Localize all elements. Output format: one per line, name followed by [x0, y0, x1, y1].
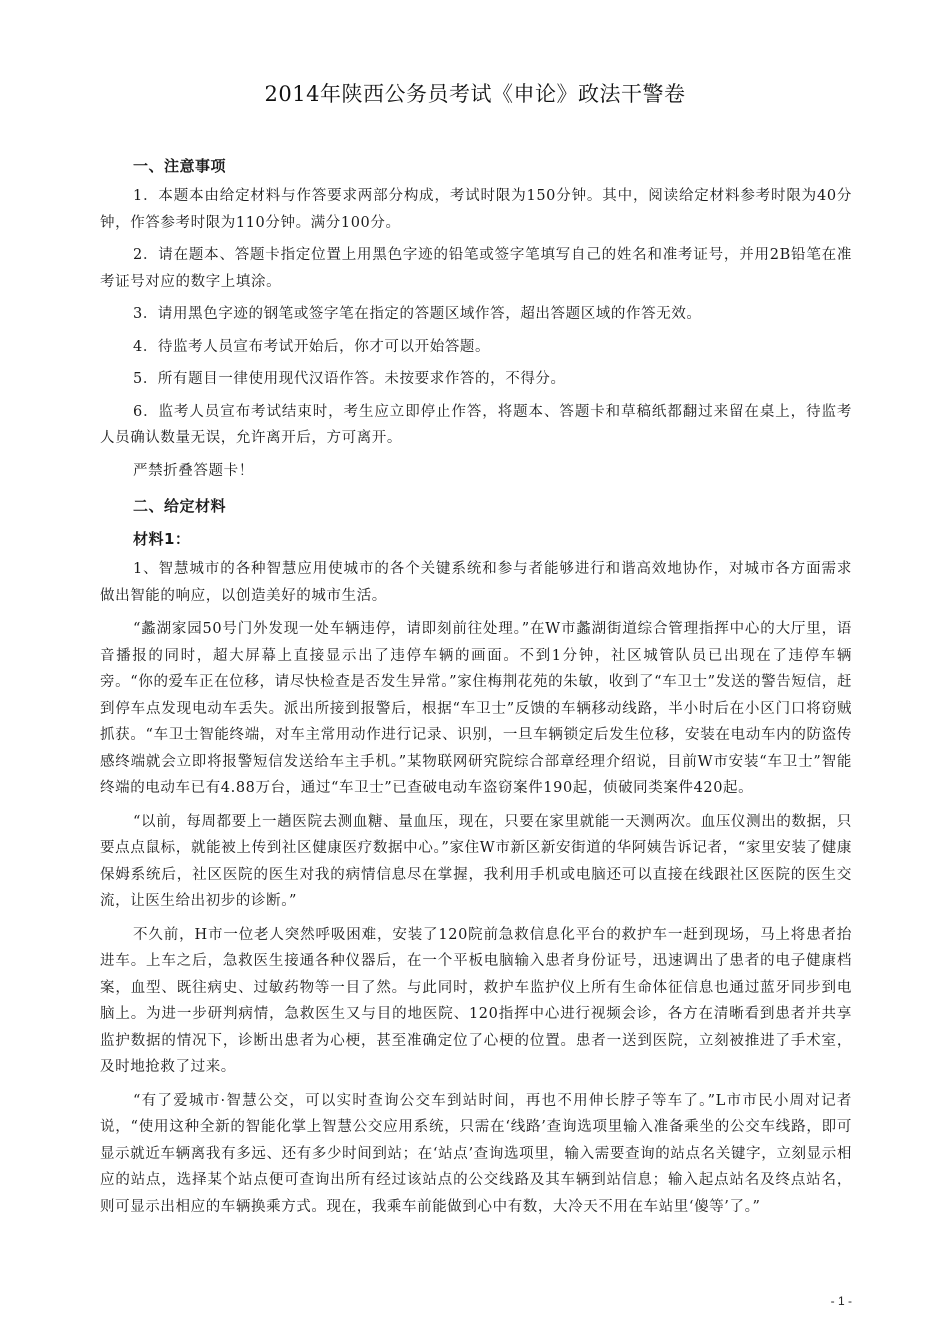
- material-paragraph-1: 1、智慧城市的各种智慧应用使城市的各个关键系统和参与者能够进行和谐高效地协作，对…: [100, 556, 852, 609]
- section-heading-notice: 一、注意事项: [133, 150, 852, 183]
- notice-item-3: 3．请用黑色字迹的钢笔或签字笔在指定的答题区域作答，超出答题区域的作答无效。: [100, 301, 852, 328]
- notice-item-5: 5．所有题目一律使用现代汉语作答。未按要求作答的，不得分。: [100, 366, 852, 393]
- warning-text: 严禁折叠答题卡！: [133, 458, 852, 485]
- material-label: 材料1：: [133, 523, 852, 556]
- material-paragraph-5: “有了爱城市·智慧公交，可以实时查询公交车到站时间，再也不用伸长脖子等车了。”L…: [100, 1088, 852, 1221]
- notice-item-4: 4．待监考人员宣布考试开始后，你才可以开始答题。: [100, 334, 852, 361]
- material-paragraph-3: “以前，每周都要上一趟医院去测血糖、量血压，现在，只要在家里就能一天测两次。血压…: [100, 809, 852, 915]
- material-paragraph-2: “蠡湖家园50号门外发现一处车辆违停，请即刻前往处理。”在W市蠡湖街道综合管理指…: [100, 616, 852, 802]
- document-body: 一、注意事项 1．本题本由给定材料与作答要求两部分构成，考试时限为150分钟。其…: [100, 150, 852, 1227]
- material-paragraph-4: 不久前，H市一位老人突然呼吸困难，安装了120院前急救信息化平台的救护车一赶到现…: [100, 922, 852, 1081]
- document-title: 2014年陕西公务员考试《申论》政法干警卷: [0, 78, 950, 108]
- notice-item-2: 2．请在题本、答题卡指定位置上用黑色字迹的铅笔或签字笔填写自己的姓名和准考证号，…: [100, 242, 852, 295]
- page-number: - 1 -: [831, 1294, 852, 1308]
- notice-item-1: 1．本题本由给定材料与作答要求两部分构成，考试时限为150分钟。其中，阅读给定材…: [100, 183, 852, 236]
- notice-item-6: 6．监考人员宣布考试结束时，考生应立即停止作答，将题本、答题卡和草稿纸都翻过来留…: [100, 399, 852, 452]
- section-heading-materials: 二、给定材料: [133, 490, 852, 523]
- document-page: 2014年陕西公务员考试《申论》政法干警卷 一、注意事项 1．本题本由给定材料与…: [0, 0, 950, 1344]
